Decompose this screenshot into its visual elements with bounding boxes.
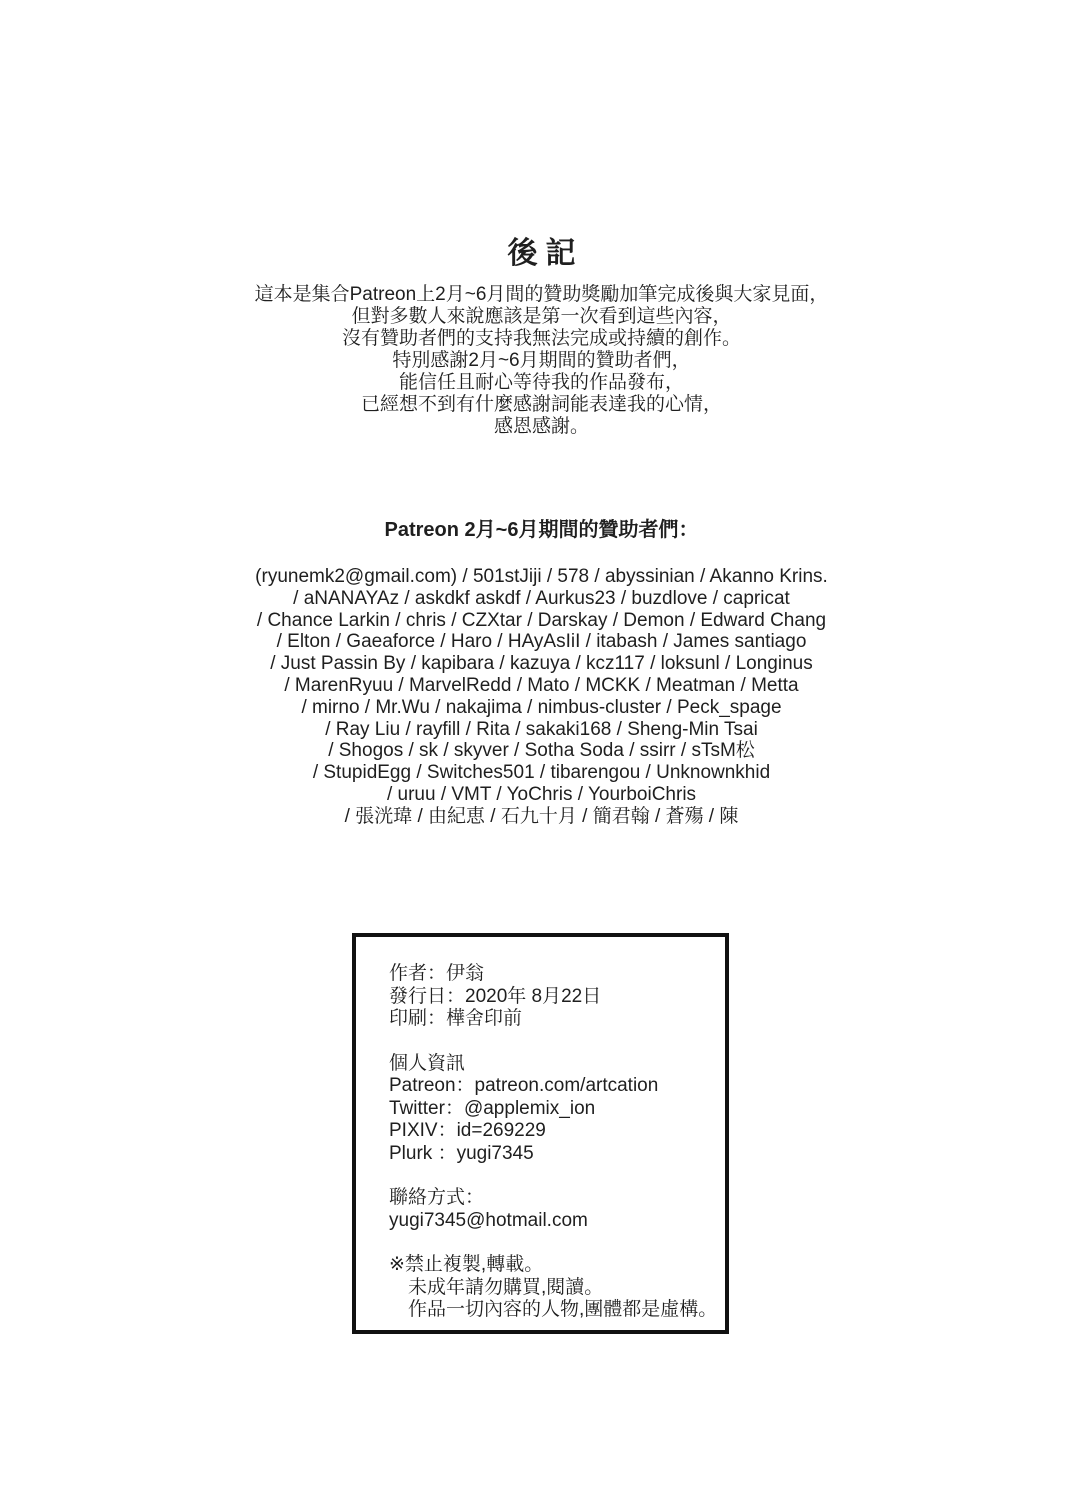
- patreon-line: Patreon：patreon.com/artcation: [389, 1075, 715, 1098]
- patron-line: / Shogos / sk / skyver / Sotha Soda / ss…: [0, 740, 1083, 762]
- notices: ※禁止複製,轉載。 未成年請勿購買,閱讀。 作品一切內容的人物,團體都是虛構。: [389, 1254, 715, 1322]
- patrons-heading: Patreon 2月~6月期間的贊助者們：: [0, 513, 1083, 542]
- contact-info: 聯絡方式： yugi7345@hotmail.com: [389, 1187, 715, 1232]
- contact-heading: 聯絡方式：: [389, 1187, 715, 1210]
- contact-email: yugi7345@hotmail.com: [389, 1210, 715, 1233]
- patron-line: / uruu / VMT / YoChris / YourboiChris: [0, 784, 1083, 806]
- personal-info-heading: 個人資訊: [389, 1053, 715, 1076]
- plurk-line: Plurk ：yugi7345: [389, 1143, 715, 1166]
- afterword-line: 這本是集合Patreon上2月~6月間的贊助獎勵加筆完成後與大家見面，: [0, 284, 1083, 306]
- patron-line: / mirno / Mr.Wu / nakajima / nimbus-clus…: [0, 697, 1083, 719]
- page-title: 後記: [0, 228, 1083, 272]
- patron-line: / StupidEgg / Switches501 / tibarengou /…: [0, 762, 1083, 784]
- patron-line: / MarenRyuu / MarvelRedd / Mato / MCKK /…: [0, 675, 1083, 697]
- patron-line: / 張洸瑋 / 由紀恵 / 石九十月 / 簡君翰 / 蒼殤 / 陳: [0, 806, 1083, 828]
- afterword-paragraph: 這本是集合Patreon上2月~6月間的贊助獎勵加筆完成後與大家見面， 但對多數…: [0, 284, 1083, 438]
- author-line: 作者：伊翁: [389, 963, 715, 986]
- afterword-line: 特別感謝2月~6月期間的贊助者們，: [0, 350, 1083, 372]
- colophon-content: 作者：伊翁 發行日：2020年 8月22日 印刷：樺舍印前 個人資訊 Patre…: [356, 937, 725, 1322]
- colophon-box: 作者：伊翁 發行日：2020年 8月22日 印刷：樺舍印前 個人資訊 Patre…: [352, 933, 729, 1334]
- patron-line: / Chance Larkin / chris / CZXtar / Darsk…: [0, 610, 1083, 632]
- publication-info: 作者：伊翁 發行日：2020年 8月22日 印刷：樺舍印前: [389, 963, 715, 1031]
- notice-line: ※禁止複製,轉載。: [389, 1254, 715, 1277]
- patrons-list: (ryunemk2@gmail.com) / 501stJiji / 578 /…: [0, 566, 1083, 828]
- afterword-line: 能信任且耐心等待我的作品發布，: [0, 372, 1083, 394]
- afterword-line: 感恩感謝。: [0, 416, 1083, 438]
- afterword-line: 但對多數人來說應該是第一次看到這些內容，: [0, 306, 1083, 328]
- pixiv-line: PIXIV：id=269229: [389, 1120, 715, 1143]
- afterword-line: 已經想不到有什麼感謝詞能表達我的心情，: [0, 394, 1083, 416]
- publish-date-line: 發行日：2020年 8月22日: [389, 986, 715, 1009]
- patron-line: / Ray Liu / rayfill / Rita / sakaki168 /…: [0, 719, 1083, 741]
- notice-line: 作品一切內容的人物,團體都是虛構。: [389, 1299, 715, 1322]
- patron-line: / aNANAYAz / askdkf askdf / Aurkus23 / b…: [0, 588, 1083, 610]
- twitter-line: Twitter：@applemix_ion: [389, 1098, 715, 1121]
- patron-line: / Elton / Gaeaforce / Haro / HAyAsIiI / …: [0, 631, 1083, 653]
- patron-line: / Just Passin By / kapibara / kazuya / k…: [0, 653, 1083, 675]
- afterword-line: 沒有贊助者們的支持我無法完成或持續的創作。: [0, 328, 1083, 350]
- printer-line: 印刷：樺舍印前: [389, 1008, 715, 1031]
- afterword-page: 後記 這本是集合Patreon上2月~6月間的贊助獎勵加筆完成後與大家見面， 但…: [0, 0, 1083, 1508]
- notice-line: 未成年請勿購買,閱讀。: [389, 1277, 715, 1300]
- patron-line: (ryunemk2@gmail.com) / 501stJiji / 578 /…: [0, 566, 1083, 588]
- personal-info: 個人資訊 Patreon：patreon.com/artcation Twitt…: [389, 1053, 715, 1166]
